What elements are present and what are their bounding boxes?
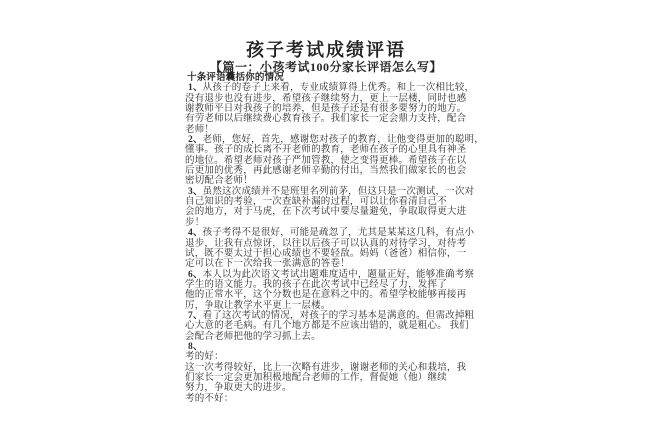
paragraph-number: 4、	[188, 228, 203, 238]
text-line: 6、本人以为此次语文考试出题难度适中，题量正好，能够准确考察	[185, 270, 497, 280]
text-line: 考的不好：	[185, 394, 497, 404]
text-line: 努力，争取更大的进步。	[185, 383, 497, 393]
text-line: 7、看了这次考试的情况，对孩子的学习基本是满意的。但需改掉粗	[185, 311, 497, 321]
text-line: 试，既不要太过于担心成绩也不要轻敌。妈妈（爸爸）相信你，一	[185, 249, 497, 259]
paragraph-number: 3、	[188, 187, 203, 197]
text-line: 后更加的优秀，再此感谢老师辛勤的付出，当然我们做家长的也会	[185, 166, 497, 176]
text-line: 他的正常水平，这个分数也是在意料之中的。希望学校能够再接再	[185, 290, 497, 300]
text-line: 厉，争取让教学水平更上一层楼。	[185, 301, 497, 311]
document-page: 孩子考试成绩评语 【篇一：小孩考试100分家长评语怎么写】 十条评语囊括你的情况…	[0, 0, 652, 426]
text-line: 考的好：	[185, 352, 497, 362]
paragraph-number: 8、	[188, 342, 203, 352]
text-line: 密切配合老师！	[185, 176, 497, 186]
text-line: 定可以在下一次给我一张满意的答卷！	[185, 259, 497, 269]
text-line: 步！	[185, 218, 497, 228]
text-line: 没有退步也没有进步，希望孩子继续努力，更上一层楼，同时也感	[185, 94, 497, 104]
text-line: 心大意的老毛病。有几个地方都是不应该出错的，就是粗心。 我们	[185, 321, 497, 331]
text-line: 3、虽然这次成绩并不是班里名列前茅，但这只是一次测试，一次对	[185, 187, 497, 197]
text-line: 会配合老师把他的学习抓上去。	[185, 332, 497, 342]
document-body: 十条评语囊括你的情况 1、从孩子的卷子上来看，专业成绩算得上优秀。和上一次相比较…	[185, 73, 497, 404]
paragraph-number: 1、	[188, 83, 203, 93]
text-line: 谢教师平日对我孩子的培养，但是孩子还是有很多要努力的地方。	[185, 104, 497, 114]
text-line: 有劳老师以后继续费心教育孩子。我们家长一定会鼎力支持，配合	[185, 114, 497, 124]
text-line: 懂事。孩子的成长离不开老师的教育，老师在孩子的心里具有神圣	[185, 145, 497, 155]
text-line: 退步，让我有点惊讶，以往以后孩子可以认真的对待学习，对待考	[185, 239, 497, 249]
text-line: 4、孩子考得不是很好，可能是疏忽了，尤其是某某这几科，有点小	[185, 228, 497, 238]
text-line: 的地位。希望老师对孩子严加管教，使之变得更棒。希望孩子在以	[185, 156, 497, 166]
text-line: 1、从孩子的卷子上来看，专业成绩算得上优秀。和上一次相比较，	[185, 83, 497, 93]
text-line: 自己知识的考验，一次查缺补漏的过程，可以让你看清自己不	[185, 197, 497, 207]
paragraph-number: 7、	[188, 311, 203, 321]
paragraph-number: 2、	[188, 135, 203, 145]
paragraph-number: 6、	[188, 270, 203, 280]
text-line: 8、	[185, 342, 497, 352]
text-line: 老师！	[185, 125, 497, 135]
text-line: 学生的语文能力。我的孩子在此次考试中已经尽了力，发挥了	[185, 280, 497, 290]
body-lines: 1、从孩子的卷子上来看，专业成绩算得上优秀。和上一次相比较，没有退步也没有进步，…	[185, 83, 497, 404]
text-line: 2、老师，您好，首先，感谢您对孩子的教育，让他变得更加的聪明，	[185, 135, 497, 145]
text-line: 这一次考得较好，比上一次略有进步，谢谢老师的关心和栽培，我	[185, 363, 497, 373]
text-line: 会的地方，对于马虎，在下次考试中要尽量避免，争取取得更大进	[185, 207, 497, 217]
text-line: 们家长一定会更加积极地配合老师的工作，督促她（他）继续	[185, 373, 497, 383]
section-heading: 十条评语囊括你的情况	[185, 73, 497, 83]
